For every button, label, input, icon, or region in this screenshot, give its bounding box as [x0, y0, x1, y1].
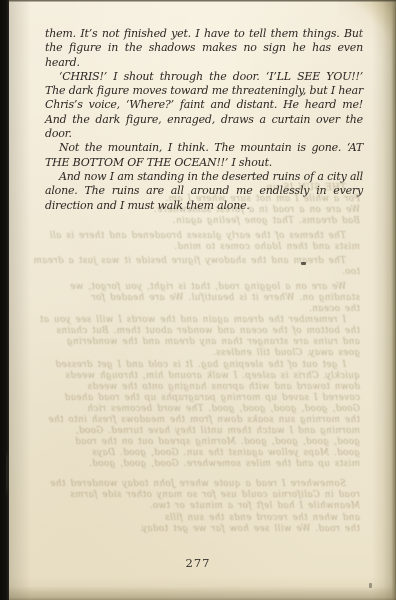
- bleed-line: morning and I watch them until they have…: [75, 426, 360, 436]
- bleed-line: the road. We will see how far we get tod…: [140, 524, 360, 534]
- paragraph: Not the mountain, I think. The mountain …: [45, 141, 363, 170]
- binding-mark: [6, 449, 9, 497]
- ink-speck: [301, 262, 306, 265]
- binding-shadow: [9, 0, 31, 600]
- bleed-line: covered I saved up morning paragraphs up…: [64, 393, 360, 403]
- bleed-line: The dream and the shadowy figure beside …: [33, 256, 346, 266]
- bleed-line: good, good, good, good. Morning spread o…: [75, 437, 360, 447]
- bleed-line: the ocean.: [309, 304, 360, 314]
- bleed-line: good. Maps yellow against the sun. Good,…: [92, 448, 360, 458]
- page-paper: them. It’s not finished yet. I have to t…: [0, 0, 396, 600]
- bleed-line: I remember the dream again and the words…: [39, 315, 346, 325]
- scan-left-strip: [0, 0, 9, 600]
- bleed-line: Bad dreams. That gone feeling again.: [173, 216, 360, 226]
- scanned-book-page: them. It’s not finished yet. I have to t…: [0, 0, 396, 600]
- bleedthrough-text: THE SUN IS up.For a while I am not sure …: [45, 183, 360, 555]
- main-text: them. It’s not finished yet. I have to t…: [45, 27, 363, 213]
- bleed-line: and when the record ends the sun fills: [165, 513, 360, 523]
- bleed-line: road in California could use for so many…: [70, 490, 360, 500]
- bleed-line: I get out of the sleeping bag. It is col…: [55, 360, 346, 370]
- top-edge-line: [0, 0, 396, 2]
- page-number: 277: [0, 556, 396, 570]
- bleed-line: the morning sun soaks down from the mead…: [48, 415, 360, 425]
- bleed-line: quickly. Chris is asleep. I walk around …: [65, 371, 360, 381]
- bleed-line: Good, good, good, good, good. The word b…: [87, 404, 360, 414]
- bleed-line: standing on. Where it is beautiful. We a…: [91, 293, 360, 303]
- bleed-line: the bottom of the ocean and wonder about…: [56, 326, 360, 336]
- paragraph: And now I am standing in the deserted ru…: [45, 170, 363, 213]
- paragraph: them. It’s not finished yet. I have to t…: [45, 27, 363, 70]
- bottom-edge-shade: [0, 586, 396, 600]
- paragraph: ‘CHRIS!’ I shout through the door. ‘I’LL…: [45, 70, 363, 141]
- right-page-edge: [372, 0, 396, 600]
- bleed-line: We are on a logging road, that is right,…: [70, 282, 346, 292]
- bleed-line: The themes of the early glasses broadene…: [49, 231, 346, 241]
- bleed-line: and ruins are stranger than any dream an…: [67, 337, 360, 347]
- bleed-line: Meanwhile I had left for a minute or two…: [150, 501, 360, 511]
- bleed-line: mists up and the miles somewhere. Good, …: [89, 459, 360, 469]
- bleed-line: goes away. Cloud till endless.: [213, 348, 360, 358]
- bleed-line: down toward and with aprons hanging onto…: [87, 382, 360, 392]
- bleed-line: mists and then Idaho comes to mind.: [174, 242, 360, 252]
- bleed-line: too.: [342, 267, 360, 277]
- bleed-line: Somewhere I read a quote where John toda…: [50, 479, 346, 489]
